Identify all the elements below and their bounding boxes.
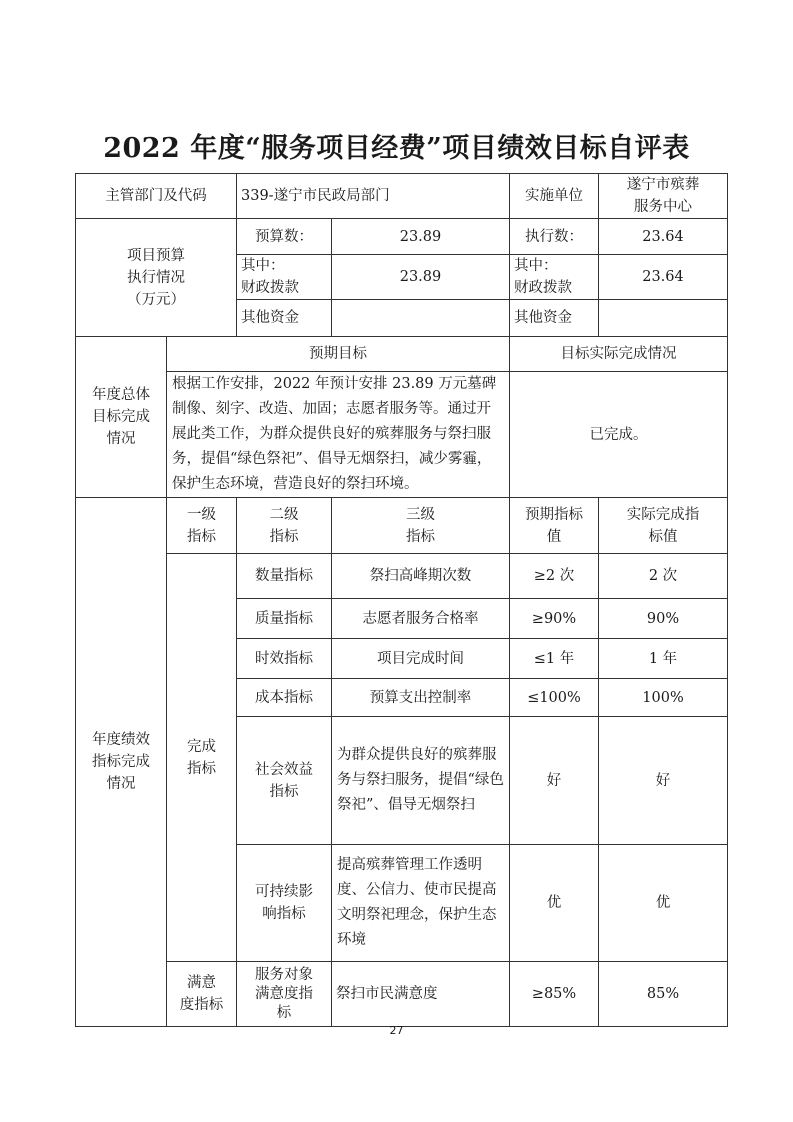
- page-title: 2022 年度“服务项目经费”项目绩效目标自评表: [0, 126, 793, 165]
- header-level2: 二级 指标: [237, 498, 332, 554]
- expected-goal-text: 根据工作安排，2022 年预计安排 23.89 万元墓碑制像、刻字、改造、加固；…: [167, 372, 510, 498]
- actual-cell: 1 年: [599, 639, 728, 679]
- header-level3: 三级 指标: [332, 498, 510, 554]
- dept-value: 339-遂宁市民政局部门: [237, 174, 510, 219]
- level3-cell: 祭扫高峰期次数: [332, 554, 510, 599]
- header-actual: 实际完成指 标值: [599, 498, 728, 554]
- other-funds-exec: [599, 300, 728, 337]
- level3-cell: 为群众提供良好的殡葬服务与祭扫服务，提倡“绿色祭祀”、倡导无烟祭扫: [332, 717, 510, 845]
- budget-label: 预算数：: [237, 219, 332, 255]
- overall-content-row: 根据工作安排，2022 年预计安排 23.89 万元墓碑制像、刻字、改造、加固；…: [76, 372, 728, 498]
- exec-label: 执行数：: [510, 219, 599, 255]
- fiscal-exec-value: 23.64: [599, 255, 728, 300]
- other-funds-label: 其他资金: [237, 300, 332, 337]
- expected-cell: ≤100%: [510, 679, 599, 717]
- fiscal-exec-label: 其中： 财政拨款: [510, 255, 599, 300]
- page-number: 27: [0, 1024, 793, 1037]
- budget-value: 23.89: [332, 219, 510, 255]
- overall-section-label: 年度总体 目标完成 情况: [76, 337, 167, 498]
- header-level1: 一级 指标: [167, 498, 237, 554]
- budget-section-label: 项目预算 执行情况 （万元）: [76, 219, 237, 337]
- impl-value: 遂宁市殡葬 服务中心: [599, 174, 728, 219]
- overall-header-row: 年度总体 目标完成 情况 预期目标 目标实际完成情况: [76, 337, 728, 372]
- expected-cell: ≥2 次: [510, 554, 599, 599]
- table-row: 完成 指标 数量指标 祭扫高峰期次数 ≥2 次 2 次: [76, 554, 728, 599]
- evaluation-table: 主管部门及代码 339-遂宁市民政局部门 实施单位 遂宁市殡葬 服务中心 项目预…: [75, 173, 728, 1027]
- actual-completion-header: 目标实际完成情况: [510, 337, 728, 372]
- level2-cell: 服务对象 满意度指 标: [237, 962, 332, 1027]
- dept-row: 主管部门及代码 339-遂宁市民政局部门 实施单位 遂宁市殡葬 服务中心: [76, 174, 728, 219]
- indicator-section-label: 年度绩效 指标完成 情况: [76, 498, 167, 1027]
- expected-cell: ≥85%: [510, 962, 599, 1027]
- indicator-header-row: 年度绩效 指标完成 情况 一级 指标 二级 指标 三级 指标 预期指标 值 实际…: [76, 498, 728, 554]
- header-expected: 预期指标 值: [510, 498, 599, 554]
- level3-cell: 提高殡葬管理工作透明度、公信力、使市民提高文明祭祀理念，保护生态环境: [332, 845, 510, 962]
- other-funds-budget: [332, 300, 510, 337]
- level2-cell: 质量指标: [237, 599, 332, 639]
- actual-cell: 优: [599, 845, 728, 962]
- group-completion-label: 完成 指标: [167, 554, 237, 962]
- expected-cell: ≥90%: [510, 599, 599, 639]
- level3-cell: 志愿者服务合格率: [332, 599, 510, 639]
- level2-cell: 数量指标: [237, 554, 332, 599]
- exec-value: 23.64: [599, 219, 728, 255]
- expected-goal-header: 预期目标: [167, 337, 510, 372]
- actual-completion-text: 已完成。: [510, 372, 728, 498]
- expected-cell: 优: [510, 845, 599, 962]
- dept-label: 主管部门及代码: [76, 174, 237, 219]
- level2-cell: 成本指标: [237, 679, 332, 717]
- level3-cell: 项目完成时间: [332, 639, 510, 679]
- level3-cell: 预算支出控制率: [332, 679, 510, 717]
- impl-label: 实施单位: [510, 174, 599, 219]
- fiscal-budget-value: 23.89: [332, 255, 510, 300]
- level2-cell: 可持续影 响指标: [237, 845, 332, 962]
- group-satisfaction-label: 满意 度指标: [167, 962, 237, 1027]
- level3-cell: 祭扫市民满意度: [332, 962, 510, 1027]
- table-row: 满意 度指标 服务对象 满意度指 标 祭扫市民满意度 ≥85% 85%: [76, 962, 728, 1027]
- actual-cell: 好: [599, 717, 728, 845]
- actual-cell: 2 次: [599, 554, 728, 599]
- actual-cell: 85%: [599, 962, 728, 1027]
- expected-cell: ≤1 年: [510, 639, 599, 679]
- expected-cell: 好: [510, 717, 599, 845]
- other-funds-exec-label: 其他资金: [510, 300, 599, 337]
- level2-cell: 时效指标: [237, 639, 332, 679]
- actual-cell: 90%: [599, 599, 728, 639]
- budget-row: 项目预算 执行情况 （万元） 预算数： 23.89 执行数： 23.64: [76, 219, 728, 255]
- fiscal-label: 其中： 财政拨款: [237, 255, 332, 300]
- actual-cell: 100%: [599, 679, 728, 717]
- level2-cell: 社会效益 指标: [237, 717, 332, 845]
